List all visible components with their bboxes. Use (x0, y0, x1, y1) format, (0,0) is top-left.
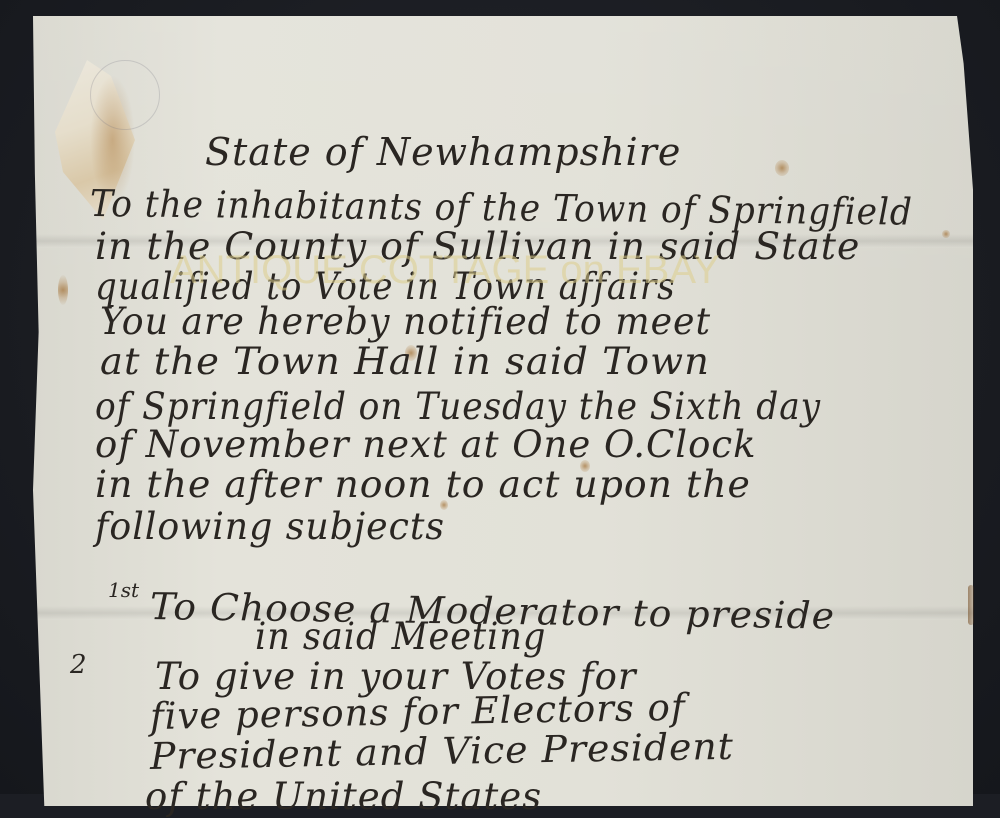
document-line: of Springfield on Tuesday the Sixth day (95, 385, 821, 428)
edge-stain (968, 585, 974, 625)
document-line: in the after noon to act upon the (95, 463, 751, 506)
faint-postmark (90, 60, 160, 130)
document-line: following subjects (95, 505, 445, 548)
article-number: 2 (70, 650, 87, 680)
article-line: of the United States (145, 775, 542, 794)
document-line: of November next at One O.Clock (95, 423, 757, 466)
watermark-text: ANTIQUE.COTTAGE on EBAY (170, 248, 720, 293)
stain-spot (942, 230, 950, 238)
document-line: at the Town Hall in said Town (100, 340, 710, 383)
stain-spot (775, 160, 789, 176)
stain-spot (58, 275, 68, 305)
article-line: in said Meeting (255, 615, 546, 658)
document-line: You are hereby notified to meet (100, 300, 711, 343)
article-number: 1st (108, 578, 139, 602)
document-heading: State of Newhampshire (205, 130, 681, 174)
